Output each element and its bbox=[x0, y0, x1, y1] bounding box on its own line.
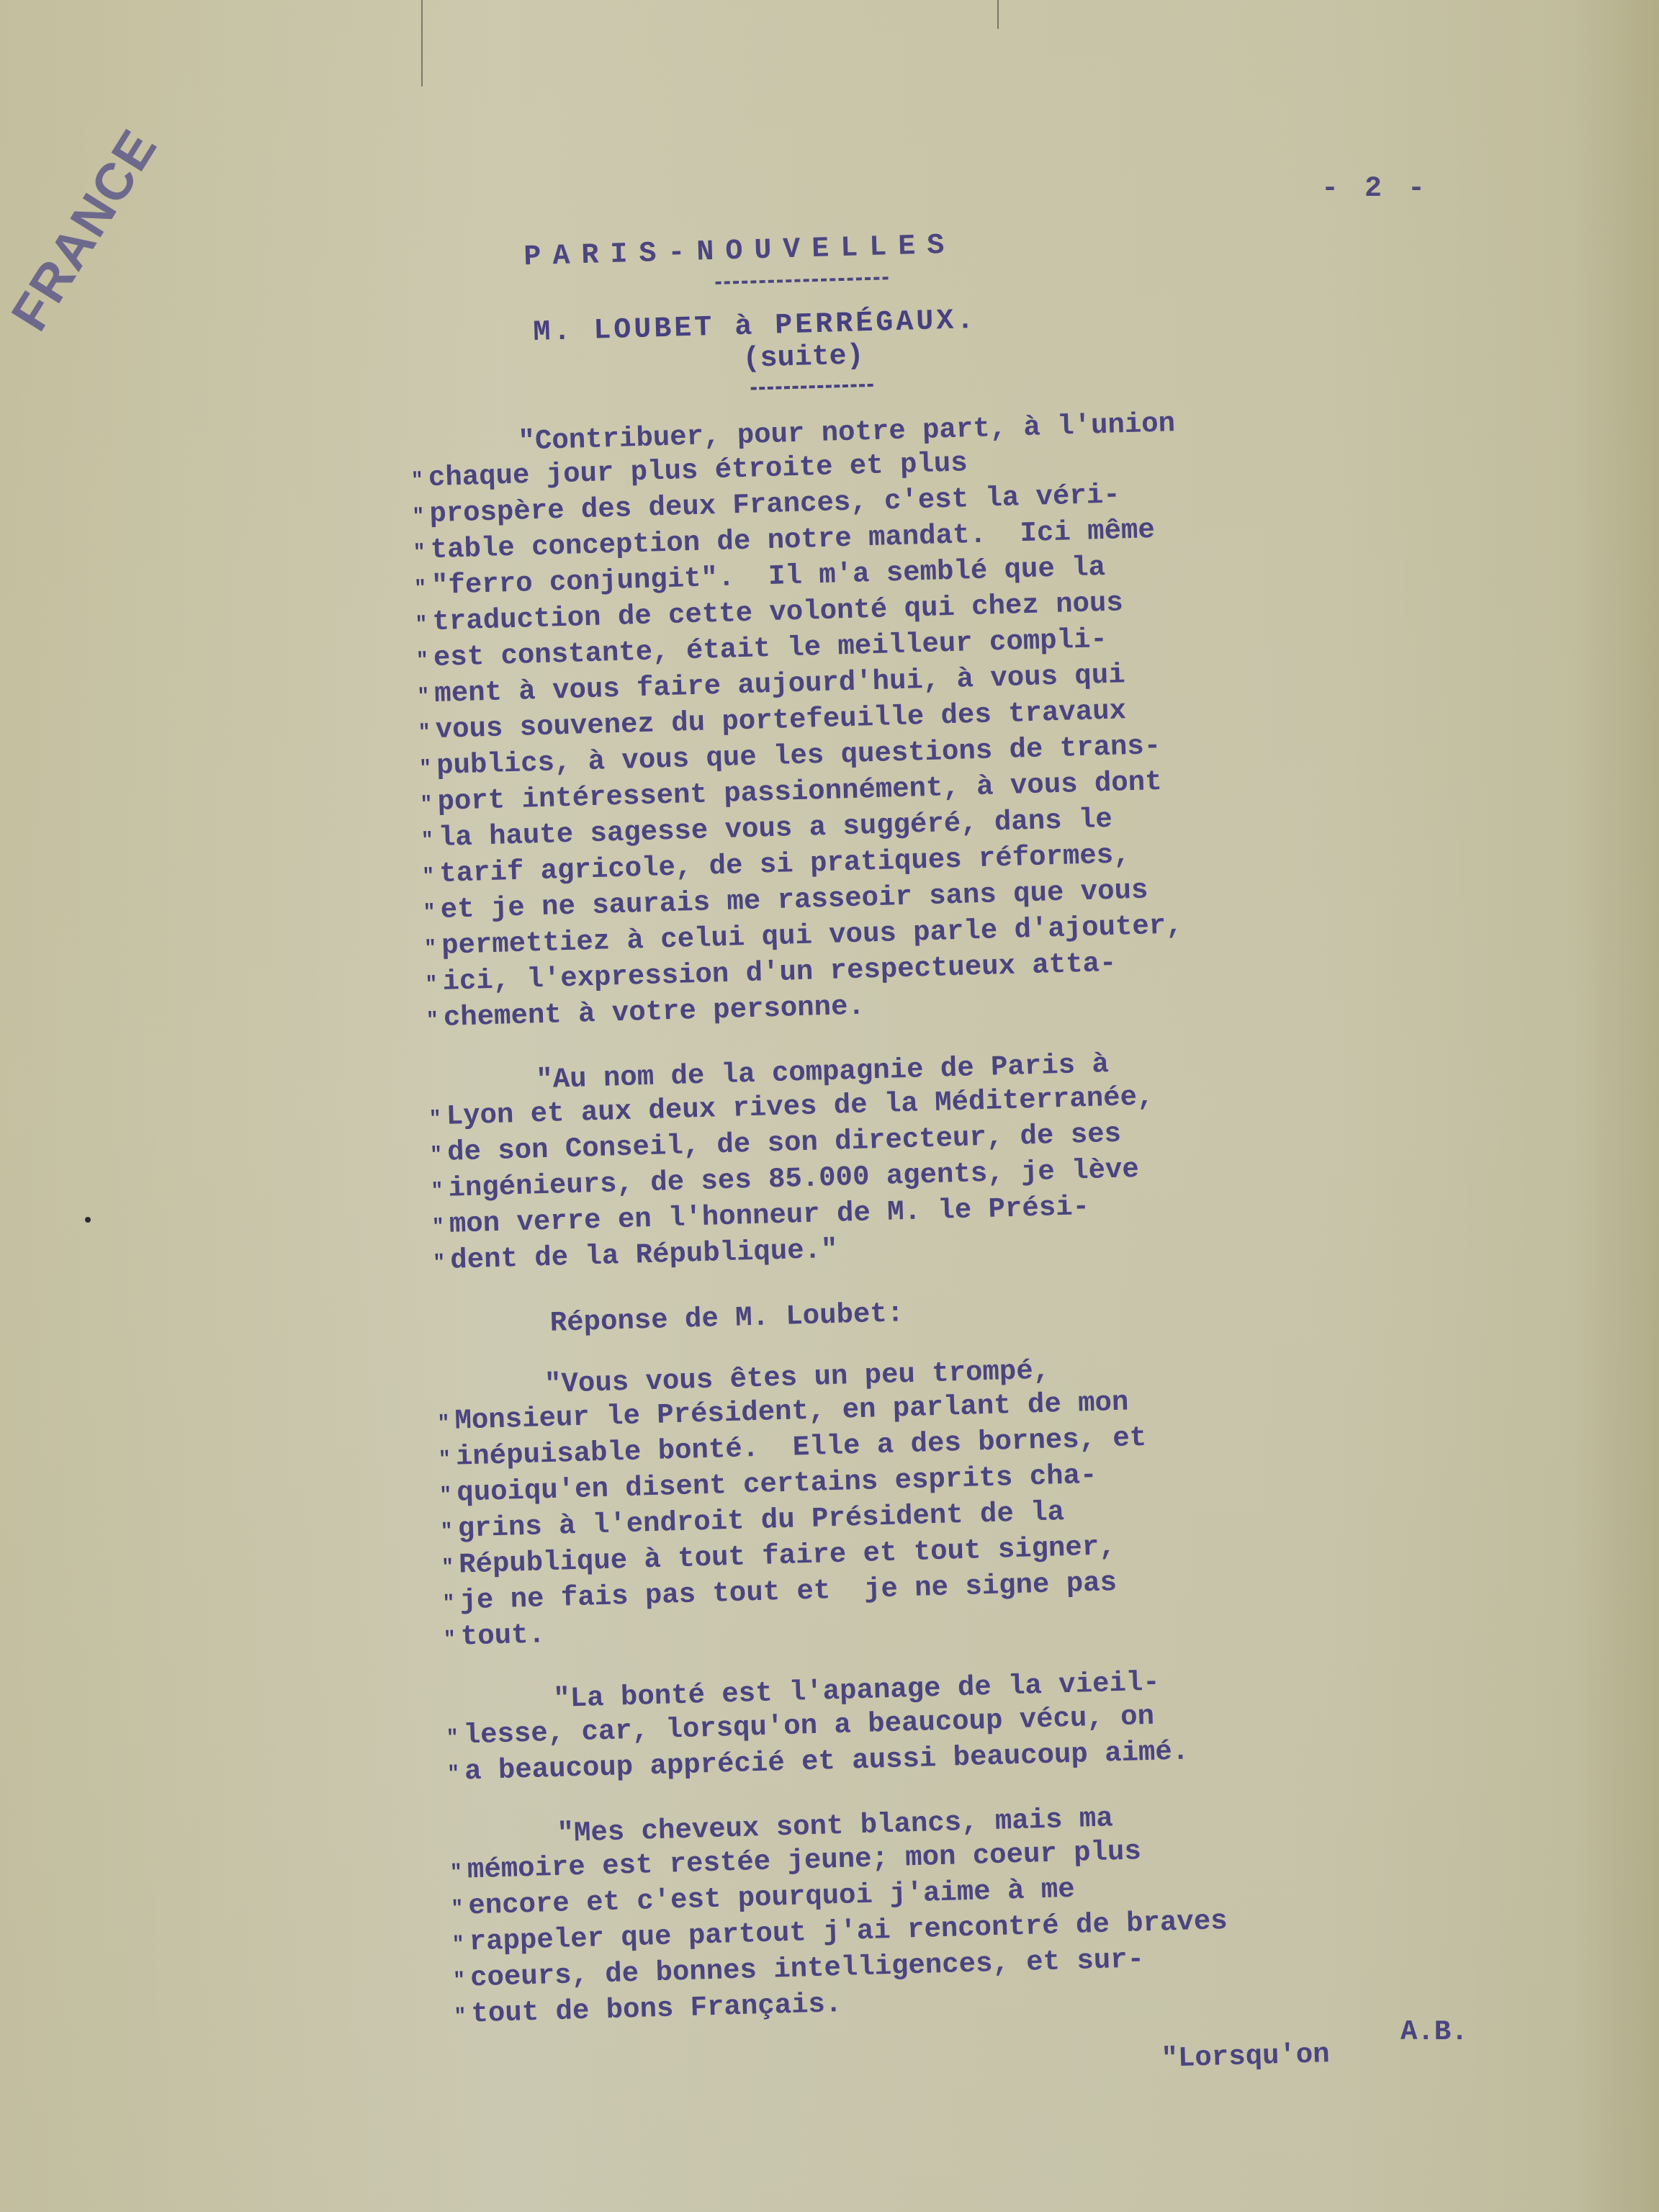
quote-marker: " bbox=[415, 644, 433, 678]
quote-marker: " bbox=[442, 1587, 460, 1622]
speech-paragraphs: "Contribuer, pour notre part, à l'union"… bbox=[410, 400, 1442, 1281]
quote-marker: " bbox=[420, 788, 438, 822]
quote-marker: " bbox=[453, 1964, 471, 1998]
quote-marker: " bbox=[449, 1856, 467, 1890]
quote-marker: " bbox=[431, 1210, 449, 1245]
quote-marker: " bbox=[412, 500, 430, 534]
quote-marker: " bbox=[421, 824, 439, 858]
quote-marker: " bbox=[451, 1928, 469, 1962]
france-stamp: FRANCE bbox=[0, 119, 169, 341]
quote-marker: " bbox=[419, 752, 437, 786]
quote-marker: " bbox=[431, 1174, 449, 1209]
quote-marker: " bbox=[443, 1623, 461, 1658]
paragraph: "Au nom de la compagnie de Paris à"Lyon … bbox=[428, 1038, 1442, 1280]
quote-marker: " bbox=[446, 1722, 464, 1756]
paper-fold-line bbox=[997, 0, 999, 29]
quote-marker: " bbox=[439, 1479, 457, 1514]
paper-edge-shadow bbox=[1573, 0, 1659, 2212]
quote-marker: " bbox=[426, 1004, 444, 1038]
quote-marker: " bbox=[417, 680, 435, 714]
article-title: M. LOUBET à PERRÉGAUX. bbox=[533, 292, 1416, 349]
typewritten-sheet: PARIS-NOUVELLES M. LOUBET à PERRÉGAUX. (… bbox=[403, 166, 1464, 2095]
quote-marker: " bbox=[422, 860, 440, 894]
quote-marker: " bbox=[447, 1757, 465, 1791]
article-title-block: M. LOUBET à PERRÉGAUX. (suite) bbox=[533, 292, 1417, 396]
quote-marker: " bbox=[438, 1443, 456, 1478]
quote-marker: " bbox=[418, 716, 436, 750]
quote-marker: " bbox=[451, 1892, 469, 1926]
section-heading-text: PARIS-NOUVELLES bbox=[523, 230, 956, 274]
quote-marker: " bbox=[441, 1551, 459, 1586]
paragraph: "Vous vous êtes un peu trompé,"Monsieur … bbox=[436, 1343, 1452, 1657]
quote-marker: " bbox=[414, 572, 432, 606]
quote-marker: " bbox=[410, 464, 428, 498]
article-subtitle: (suite) bbox=[742, 340, 864, 376]
quote-marker: " bbox=[424, 932, 442, 966]
reply-heading: Réponse de M. Loubet: bbox=[434, 1282, 1443, 1342]
continuation-catchword: "Lorsqu'on bbox=[455, 2035, 1464, 2095]
quote-marker: " bbox=[433, 1246, 451, 1281]
quote-marker: " bbox=[437, 1407, 455, 1442]
quote-marker: " bbox=[423, 896, 441, 930]
quote-marker: " bbox=[430, 1138, 448, 1173]
quote-marker: " bbox=[425, 968, 443, 1002]
paragraph: "Contribuer, pour notre part, à l'union"… bbox=[410, 400, 1434, 1038]
quote-marker: " bbox=[415, 608, 433, 642]
paper-speck bbox=[85, 1217, 91, 1223]
paragraph: "La bonté est l'apanage de la vieil-"les… bbox=[445, 1658, 1456, 1791]
quote-marker: " bbox=[413, 536, 431, 570]
author-initials: A.B. bbox=[1401, 2016, 1468, 2048]
heading-underline bbox=[716, 276, 889, 284]
subtitle-underline bbox=[751, 384, 873, 390]
quote-marker: " bbox=[428, 1102, 446, 1137]
paper-fold-line bbox=[421, 0, 423, 86]
quote-marker: " bbox=[454, 2000, 472, 2034]
line-text: tout. bbox=[460, 1619, 545, 1653]
section-heading: PARIS-NOUVELLES bbox=[523, 230, 956, 274]
reply-paragraphs: "Vous vous êtes un peu trompé,"Monsieur … bbox=[436, 1343, 1462, 2034]
quote-marker: " bbox=[440, 1515, 458, 1550]
paragraph: "Mes cheveux sont blancs, mais ma"mémoir… bbox=[449, 1792, 1462, 2034]
